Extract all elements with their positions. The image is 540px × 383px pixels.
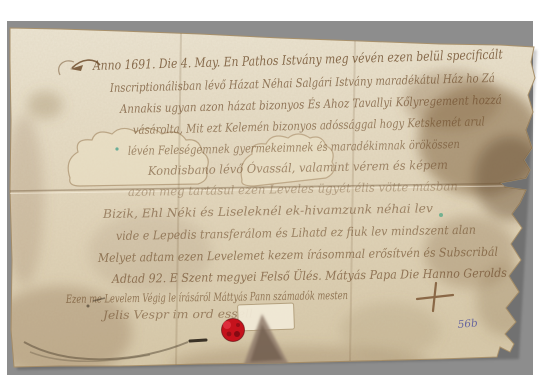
wax-seal-shadow-1 bbox=[234, 331, 240, 337]
photo-of-manuscript: Anno 1691. Die 4. May. En Pathos Istvány… bbox=[0, 0, 540, 383]
wax-seal-highlight bbox=[223, 321, 231, 329]
wax-seal-shadow-3 bbox=[236, 323, 240, 327]
wax-seal-shadow-2 bbox=[227, 332, 232, 337]
stain-bottom-center-right bbox=[340, 302, 440, 358]
ink-speck-left bbox=[87, 305, 90, 308]
ink-dash bbox=[190, 340, 206, 341]
green-speck-left bbox=[115, 147, 118, 150]
green-speck-right bbox=[439, 213, 443, 217]
wax-seal bbox=[222, 319, 245, 342]
manuscript-photo-canvas: Anno 1691. Die 4. May. En Pathos Istvány… bbox=[0, 0, 540, 383]
archival-number: 56b bbox=[457, 317, 478, 331]
stain-top-left-spot bbox=[27, 91, 63, 119]
